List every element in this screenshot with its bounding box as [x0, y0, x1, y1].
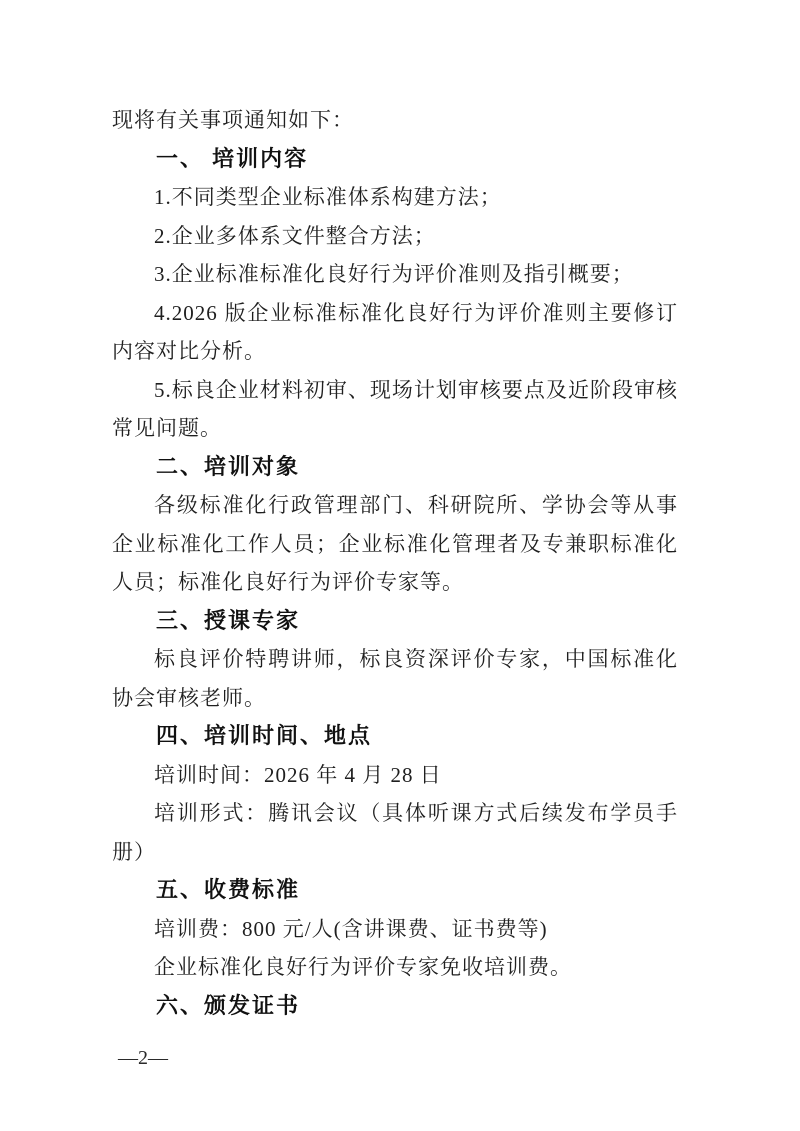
document-body: 现将有关事项通知如下： 一、 培训内容 1.不同类型企业标准体系构建方法； 2.…: [112, 101, 678, 1025]
section-2-heading-training-audience: 二、培训对象: [112, 448, 678, 487]
section-3-paragraph: 标良评价特聘讲师，标良资深评价专家，中国标准化协会审核老师。: [112, 640, 678, 717]
section-1-heading-training-content: 一、 培训内容: [112, 140, 678, 179]
section-3-heading-lecturers: 三、授课专家: [112, 602, 678, 641]
section-1-item-3: 3.企业标准标准化良好行为评价准则及指引概要；: [112, 255, 678, 294]
section-4-training-time: 培训时间：2026 年 4 月 28 日: [112, 756, 678, 795]
page-number: —2—: [118, 1047, 168, 1070]
section-5-heading-fees: 五、收费标准: [112, 871, 678, 910]
document-page: 现将有关事项通知如下： 一、 培训内容 1.不同类型企业标准体系构建方法； 2.…: [0, 0, 800, 1131]
section-4-heading-time-location: 四、培训时间、地点: [112, 717, 678, 756]
intro-paragraph: 现将有关事项通知如下：: [112, 101, 678, 140]
section-4-training-format: 培训形式：腾讯会议（具体听课方式后续发布学员手册）: [112, 794, 678, 871]
section-1-item-4: 4.2026 版企业标准标准化良好行为评价准则主要修订内容对比分析。: [112, 294, 678, 371]
section-1-item-5: 5.标良企业材料初审、现场计划审核要点及近阶段审核常见问题。: [112, 371, 678, 448]
section-1-item-2: 2.企业多体系文件整合方法；: [112, 217, 678, 256]
section-5-fee-waiver: 企业标准化良好行为评价专家免收培训费。: [112, 948, 678, 987]
section-1-item-1: 1.不同类型企业标准体系构建方法；: [112, 178, 678, 217]
section-5-fee-amount: 培训费：800 元/人(含讲课费、证书费等): [112, 910, 678, 949]
section-6-heading-certificates: 六、颁发证书: [112, 987, 678, 1026]
section-2-paragraph: 各级标准化行政管理部门、科研院所、学协会等从事企业标准化工作人员；企业标准化管理…: [112, 486, 678, 602]
